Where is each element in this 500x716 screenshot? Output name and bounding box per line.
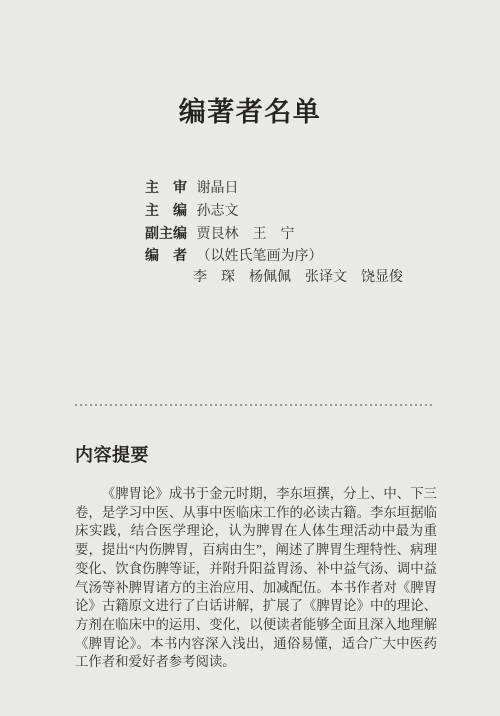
- editor-role-label: 主 审: [145, 177, 187, 198]
- editor-role-label: 主 编: [145, 200, 187, 221]
- editor-names: 谢晶日: [197, 181, 239, 196]
- editor-role-label: 编 者: [145, 245, 187, 266]
- dotted-divider: [75, 404, 435, 406]
- contributor-names-row: 李 琛 杨佩佩 张译文 饶显俊: [145, 268, 445, 289]
- editor-names: 孙志文: [197, 204, 239, 219]
- editor-row-deputy-editors: 副主编 贾艮林 王 宁: [145, 223, 445, 246]
- editor-names: 贾艮林 王 宁: [197, 227, 295, 242]
- summary-body: 《脾胃论》成书于金元时期，李东垣撰，分上、中、下三卷，是学习中医、从事中医临床工…: [75, 485, 437, 672]
- editor-role-label: 副主编: [145, 223, 187, 244]
- book-page: 编著者名单 主 审 谢晶日 主 编 孙志文 副主编 贾艮林 王 宁 编 者 （以…: [0, 0, 500, 716]
- editor-row-chief-reviewer: 主 审 谢晶日: [145, 177, 445, 200]
- summary-heading: 内容提要: [75, 441, 149, 467]
- editor-row-editors: 编 者 （以姓氏笔画为序）: [145, 245, 445, 268]
- editor-row-chief-editor: 主 编 孙志文: [145, 200, 445, 223]
- editor-list: 主 审 谢晶日 主 编 孙志文 副主编 贾艮林 王 宁 编 者 （以姓氏笔画为序…: [145, 177, 445, 289]
- contributor-names: 李 琛 杨佩佩 张译文 饶显俊: [193, 270, 403, 285]
- editor-names: （以姓氏笔画为序）: [197, 249, 323, 264]
- page-title: 编著者名单: [0, 90, 500, 129]
